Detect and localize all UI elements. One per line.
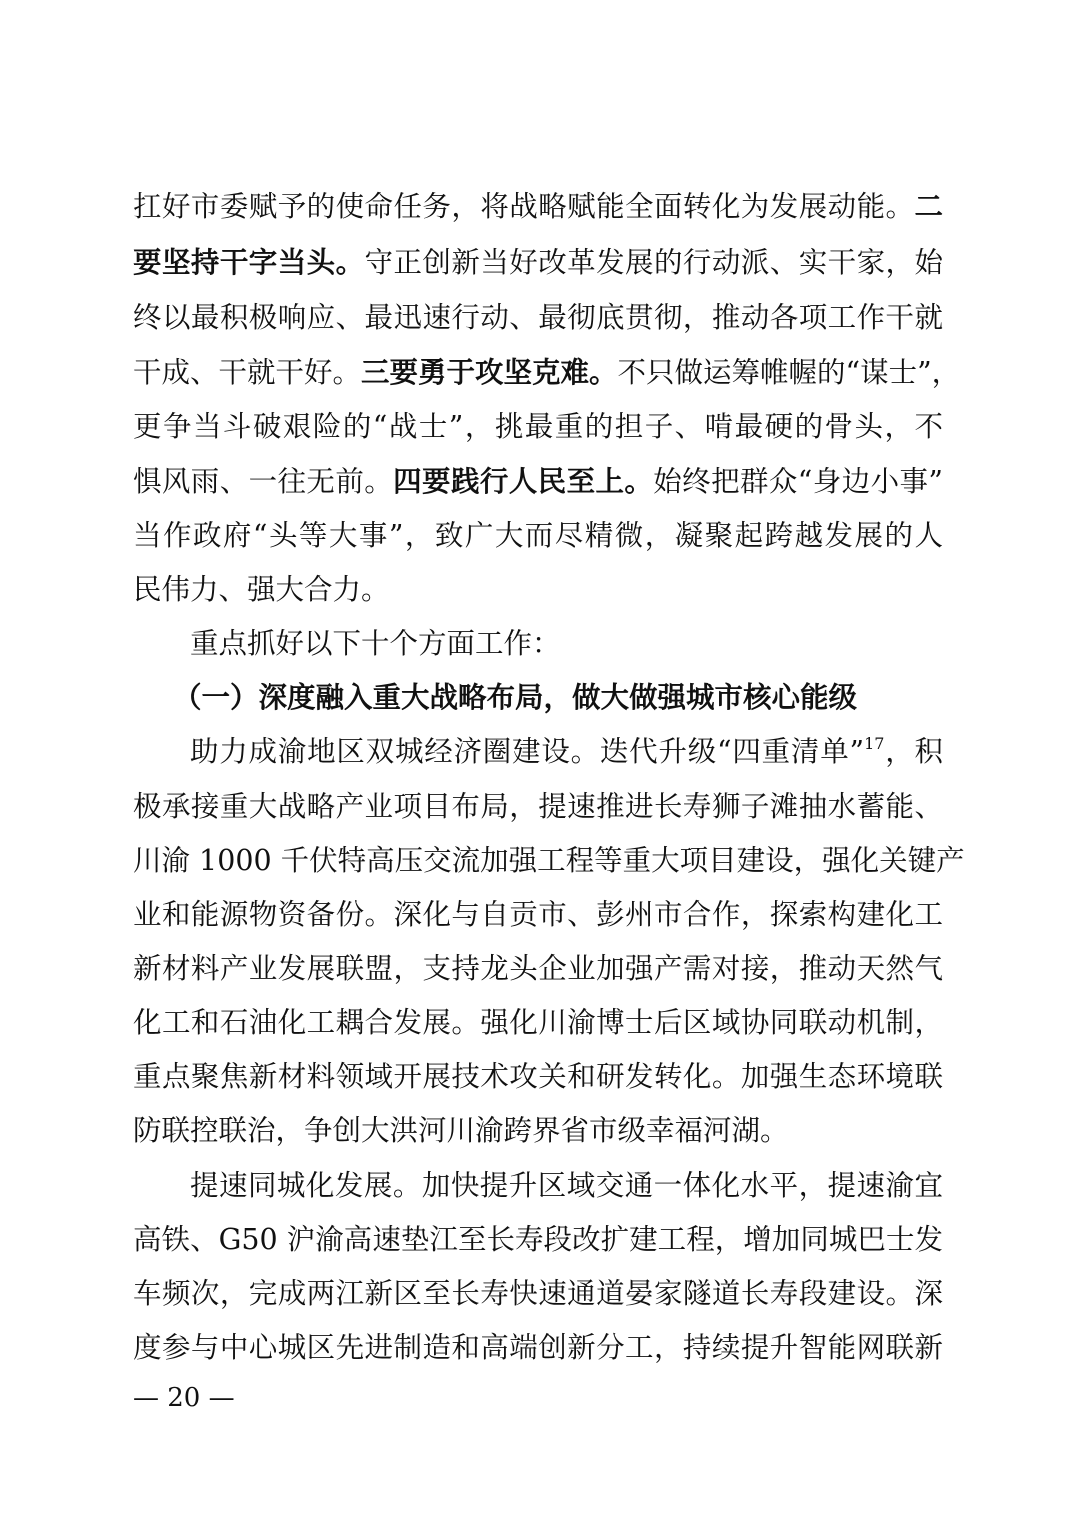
text-run: 扛好市委赋予的使命任务，将战略赋能全面转化为发展动能。 (133, 190, 914, 223)
footnote-ref[interactable]: 17 (864, 734, 884, 753)
paragraph-line: 防联控联治，争创大洪河川渝跨界省市级幸福河湖。 (133, 1104, 943, 1158)
paragraph-line: 高铁、G50 沪渝高速垫江至长寿段改扩建工程，增加同城巴士发 (133, 1213, 943, 1267)
intro-line: 重点抓好以下十个方面工作： (133, 617, 943, 671)
bold-run: 二 (914, 190, 943, 223)
text-run: 不只做运筹帷幄的“谋士”， (618, 356, 961, 389)
paragraph-line: 扛好市委赋予的使命任务，将战略赋能全面转化为发展动能。二 (133, 180, 943, 234)
bold-run: 要坚持干字当头。 (133, 246, 365, 279)
bold-run: 三要勇于攻坚克难。 (361, 356, 618, 389)
paragraph-line: 提速同城化发展。加快提升区域交通一体化水平，提速渝宜 (133, 1159, 943, 1213)
paragraph-line: 干成、干就干好。三要勇于攻坚克难。不只做运筹帷幄的“谋士”， (133, 346, 943, 400)
text-run: 守正创新当好改革发展的行动派、实干家，始 (365, 246, 943, 279)
lead-run: 提速同城化发展。 (190, 1169, 422, 1202)
bold-run: 四要践行人民至上。 (393, 465, 653, 498)
paragraph-line: 更争当斗破艰险的“战士”，挑最重的担子、啃最硬的骨头，不 (133, 400, 943, 454)
paragraph-line: 助力成渝地区双城经济圈建设。迭代升级“四重清单”17，积 (133, 725, 943, 779)
paragraph-line: 度参与中心城区先进制造和高端创新分工，持续提升智能网联新 (133, 1321, 943, 1375)
text-run: 干成、干就干好。 (133, 356, 361, 389)
section-heading: （一）深度融入重大战略布局，做大做强城市核心能级 (133, 671, 943, 725)
text-run: ，积 (884, 735, 943, 768)
paragraph-line: 民伟力、强大合力。 (133, 563, 943, 617)
page-number: — 20 — (133, 1378, 235, 1418)
text-run: 始终把群众“身边小事” (653, 465, 943, 498)
paragraph-line: 惧风雨、一往无前。四要践行人民至上。始终把群众“身边小事” (133, 455, 943, 509)
paragraph-line: 极承接重大战略产业项目布局，提速推进长寿狮子滩抽水蓄能、 (133, 780, 943, 834)
lead-run: 助力成渝地区双城经济圈建设。 (190, 735, 600, 768)
paragraph-line: 重点聚焦新材料领域开展技术攻关和研发转化。加强生态环境联 (133, 1050, 943, 1104)
paragraph-line: 终以最积极响应、最迅速行动、最彻底贯彻，推动各项工作干就 (133, 291, 943, 345)
paragraph-line: 化工和石油化工耦合发展。强化川渝博士后区域协同联动机制， (133, 996, 943, 1050)
paragraph-line: 业和能源物资备份。深化与自贡市、彭州市合作，探索构建化工 (133, 888, 943, 942)
paragraph-line: 要坚持干字当头。守正创新当好改革发展的行动派、实干家，始 (133, 236, 943, 290)
text-run: 惧风雨、一往无前。 (133, 465, 393, 498)
paragraph-line: 当作政府“头等大事”，致广大而尽精微，凝聚起跨越发展的人 (133, 509, 943, 563)
text-run: 加快提升区域交通一体化水平，提速渝宜 (422, 1169, 943, 1202)
paragraph-line: 新材料产业发展联盟，支持龙头企业加强产需对接，推动天然气 (133, 942, 943, 996)
paragraph-line: 车频次，完成两江新区至长寿快速通道晏家隧道长寿段建设。深 (133, 1267, 943, 1321)
text-run: 迭代升级“四重清单” (600, 735, 864, 768)
paragraph-line: 川渝 1000 千伏特高压交流加强工程等重大项目建设，强化关键产 (133, 834, 943, 888)
